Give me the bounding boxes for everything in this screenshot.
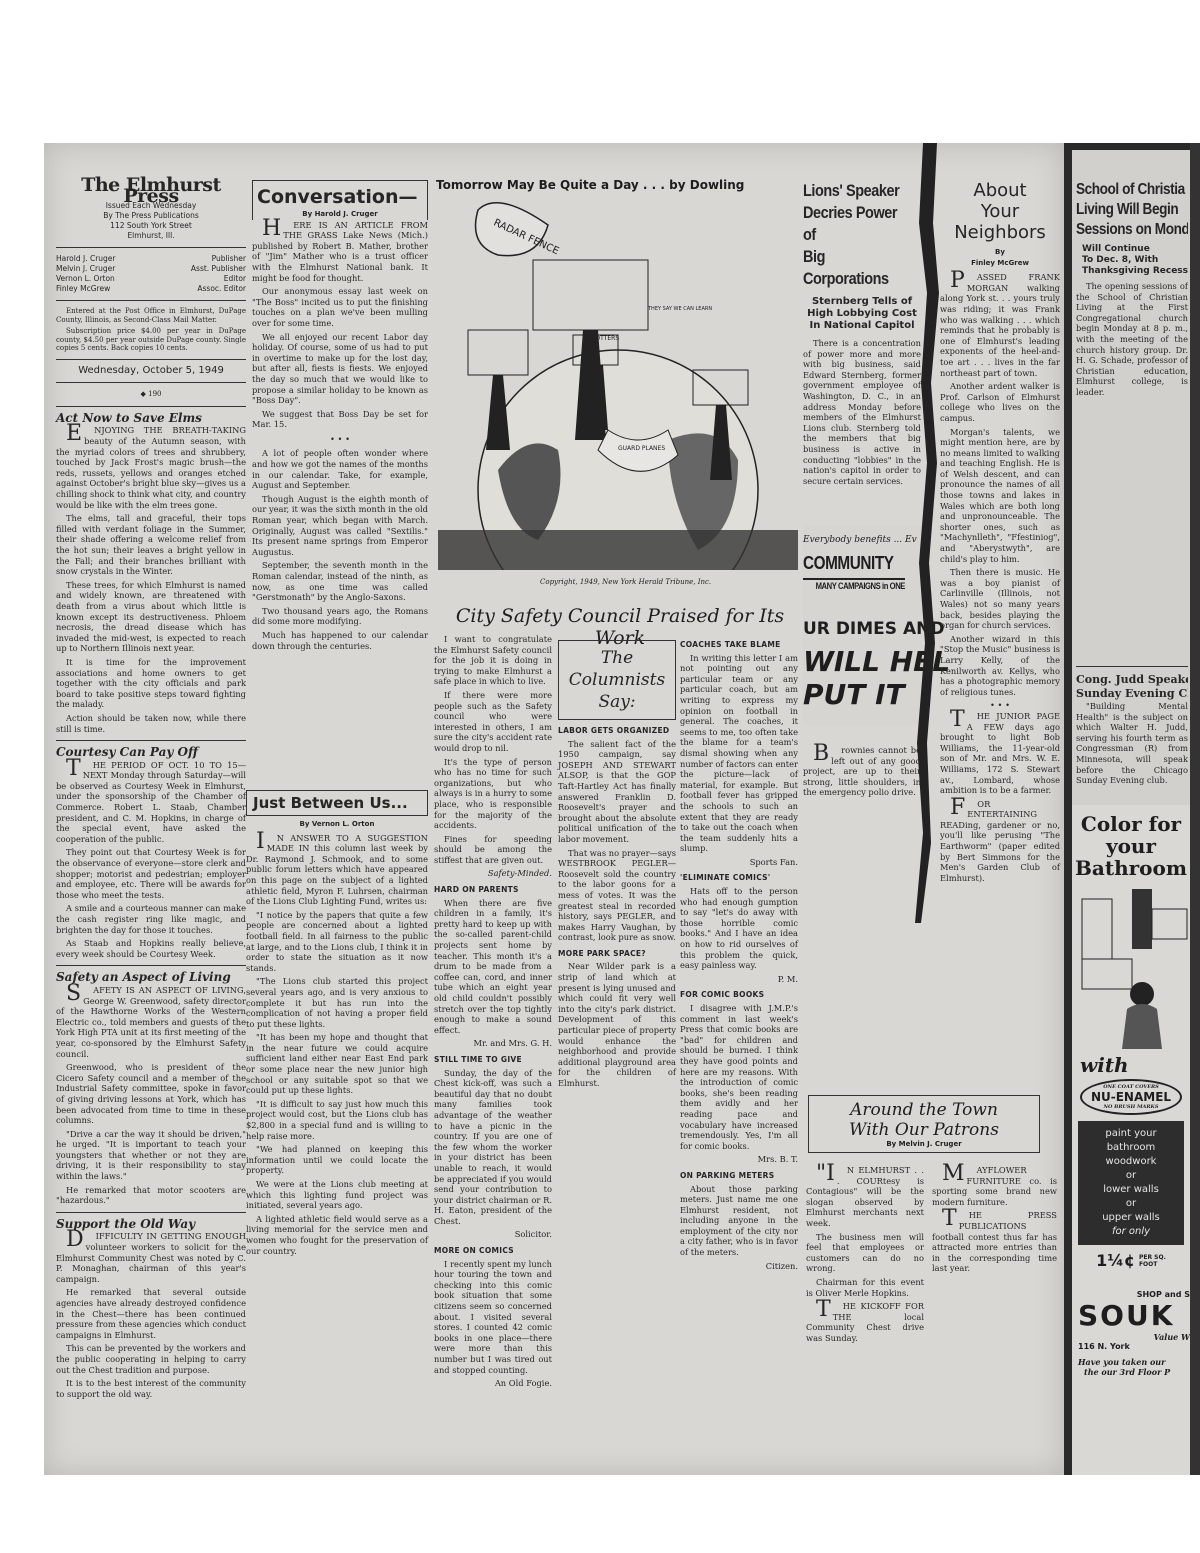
divider <box>56 300 246 301</box>
letter-paragraph: If there were more people such as the Sa… <box>434 690 552 754</box>
letters-column-right: COACHES TAKE BLAME In writing this lette… <box>680 634 798 1271</box>
svg-text:GUARD PLANES: GUARD PLANES <box>618 445 665 452</box>
lions-body: There is a concentration of power more a… <box>803 338 921 486</box>
just-between-us-paragraph: "I notice by the papers that quite a few… <box>246 910 428 974</box>
neighbors-paragraph: FOR ENTERTAINING READing, gardener or no… <box>940 799 1060 884</box>
ad-dimes-line: UR DIMES AND <box>803 619 923 639</box>
editorial-paragraph: It is time for the improvement associati… <box>56 657 246 710</box>
letter-signature: Citizen. <box>680 1261 798 1272</box>
just-between-us-paragraph: A lighted athletic field would serve as … <box>246 1214 428 1256</box>
just-between-us-paragraph: "It is difficult to say just how much th… <box>246 1099 428 1141</box>
letter-heading: HARD ON PARENTS <box>434 885 552 896</box>
headline-line: School of Christia <box>1076 180 1171 200</box>
subscription-note: Subscription price $4.00 per year in DuP… <box>56 327 246 353</box>
conversation-paragraph: September, the seventh month in the Roma… <box>252 560 428 602</box>
cartoon-copyright: Copyright, 1949, New York Herald Tribune… <box>540 578 711 586</box>
just-between-us-lead: IN ANSWER TO A SUGGESTION MADE IN this c… <box>246 833 428 907</box>
letter-signature: Mr. and Mrs. G. H. <box>434 1038 552 1049</box>
staff-row: Harold J. CrugerPublisher <box>56 254 246 264</box>
editorial-headline: Act Now to Save Elms <box>56 413 246 424</box>
columnist-heading: MORE PARK SPACE? <box>558 949 676 960</box>
pitch-line: upper walls <box>1080 1211 1182 1225</box>
ad-headline-line: your <box>1072 835 1190 857</box>
judd-headline: Cong. Judd Speaker, Sunday Evening Club <box>1076 673 1188 701</box>
lions-headline: Lions' Speaker Decries Power of Big Corp… <box>803 180 903 290</box>
neighbors-lead: PASSED FRANK MORGAN walking along York s… <box>940 272 1060 378</box>
unit-line: FOOT <box>1139 1261 1166 1268</box>
divider <box>1076 666 1188 667</box>
pitch-line: for only <box>1080 1225 1182 1239</box>
columnist-heading: LABOR GETS ORGANIZED <box>558 726 676 737</box>
just-between-us-paragraph: We were at the Lions club meeting at whi… <box>246 1179 428 1211</box>
pitch-line: paint your <box>1080 1127 1182 1141</box>
community-body: Brownies cannot be left out of any good … <box>803 745 921 801</box>
logo-brand: NU-ENAMEL <box>1082 1090 1180 1104</box>
subhead-line: Sternberg Tells of <box>803 296 921 308</box>
city-line: Elmhurst, Ill. <box>56 231 246 241</box>
masthead-publisher-info: Issued Each Wednesday By The Press Publi… <box>56 201 246 241</box>
ornament-number: 190 <box>148 390 161 398</box>
columnist-paragraph: That was no prayer—says WESTBROOK PEGLER… <box>558 848 676 943</box>
address-line: 112 South York Street <box>56 221 246 231</box>
letter-signature: Safety-Minded. <box>434 868 552 879</box>
editorial-headline: Safety an Aspect of Living <box>56 972 246 983</box>
radar-cartoon-illustration: RADAR FENCE GUARD PLANES THEY SAY WE CAN… <box>438 200 798 570</box>
columnists-title: Columnists <box>559 669 675 691</box>
editorial-lead: ENJOYING THE BREATH-TAKING beauty of the… <box>56 425 246 510</box>
neighbors-title: About Your Neighbors <box>940 180 1060 243</box>
letter-heading: ON PARKING METERS <box>680 1171 798 1182</box>
conversation-paragraph: A lot of people often wonder where and h… <box>252 448 428 490</box>
divider <box>56 359 246 360</box>
letter-signature: Solicitor. <box>434 1229 552 1240</box>
subhead-line: To Dec. 8, With <box>1082 255 1188 266</box>
letters-column-left: I want to congratulate the Elmhurst Safe… <box>434 634 552 1389</box>
ad-subline: MANY CAMPAIGNS in ONE <box>803 578 905 591</box>
letter-paragraph: In writing this letter I am not pointing… <box>680 653 798 854</box>
around-town-byline: By Melvin J. Cruger <box>809 1140 1039 1148</box>
editorial-column: The Elmhurst Press Issued Each Wednesday… <box>56 180 246 1402</box>
around-town-header: Around the Town With Our Patrons By Melv… <box>808 1095 1040 1153</box>
editorial-paragraph: Greenwood, who is president of the Cicer… <box>56 1062 246 1126</box>
conversation-byline: By Harold J. Cruger <box>257 209 423 220</box>
letter-signature: Sports Fan. <box>680 857 798 868</box>
just-between-us-header: Just Between Us... <box>246 790 428 816</box>
community-paragraph: Brownies cannot be left out of any good … <box>803 745 921 798</box>
ad-price: 1¼¢ PER SQ. FOOT <box>1072 1251 1190 1270</box>
svg-text:SPOTTERS: SPOTTERS <box>588 335 619 342</box>
letter-heading: 'ELIMINATE COMICS' <box>680 873 798 884</box>
just-between-us-paragraph: "The Lions club started this project sev… <box>246 976 428 1029</box>
svg-text:THEY SAY WE CAN LEARN: THEY SAY WE CAN LEARN <box>647 306 712 312</box>
editorial-paragraph: He remarked that several outside agencie… <box>56 1287 246 1340</box>
letter-paragraph: Sunday, the day of the Chest kick-off, w… <box>434 1068 552 1227</box>
staff-name: Harold J. Cruger <box>56 254 115 264</box>
byline-line: Finley McGrew <box>940 258 1060 269</box>
nu-enamel-logo: ONE COAT COVERS NU-ENAMEL NO BRUSH MARKS <box>1080 1079 1182 1115</box>
store-name: SOUK <box>1078 1299 1190 1332</box>
letter-paragraph: I disagree with J.M.P.'s comment in last… <box>680 1003 798 1151</box>
divider <box>56 1212 246 1213</box>
staff-row: Melvin J. CrugerAsst. Publisher <box>56 264 246 274</box>
just-between-us-paragraph: "It has been my hope and thought that in… <box>246 1032 428 1096</box>
community-chest-ad: Everybody benefits ... Ev COMMUNITY MANY… <box>803 525 923 725</box>
letter-signature: An Old Fogie. <box>434 1378 552 1389</box>
shop-line: SHOP and S <box>1072 1290 1190 1299</box>
letter-heading: FOR COMIC BOOKS <box>680 990 798 1001</box>
conversation-lead: HERE IS AN ARTICLE FROM THE GRASS Lake N… <box>252 220 428 284</box>
ad-headline: Color for your Bathroom <box>1072 813 1190 879</box>
headline-line: Sessions on Monda <box>1076 220 1171 240</box>
staff-list: Harold J. CrugerPublisher Melvin J. Crug… <box>56 254 246 294</box>
divider <box>56 740 246 741</box>
ad-community-word: COMMUNITY <box>803 553 905 574</box>
conversation-paragraph: Though August is the eighth month of our… <box>252 494 428 558</box>
ad-headline-line: Color for <box>1072 813 1190 835</box>
price-value: 1¼¢ <box>1096 1251 1135 1270</box>
letter-paragraph: I recently spent my lunch hour touring t… <box>434 1259 552 1376</box>
title-line: About <box>940 180 1060 201</box>
headline-line: Cong. Judd Speaker, <box>1076 673 1188 687</box>
ad-pitch-box: paint your bathroom woodwork or lower wa… <box>1078 1121 1184 1245</box>
letter-signature: P. M. <box>680 974 798 985</box>
conversation-header: Conversation— By Harold J. Cruger <box>252 180 428 220</box>
staff-role: Editor <box>224 274 246 284</box>
editorial-lead: THE PERIOD OF OCT. 10 TO 15—NEXT Monday … <box>56 760 246 845</box>
christian-headline: School of Christia Living Will Begin Ses… <box>1076 180 1171 240</box>
around-town-paragraph: MAYFLOWER FURNITURE co. is sporting some… <box>932 1165 1057 1207</box>
editorial-paragraph: They point out that Courtesy Week is for… <box>56 847 246 900</box>
staff-row: Finley McGrewAssoc. Editor <box>56 284 246 294</box>
headline-line: Sunday Evening Club <box>1076 687 1188 701</box>
editorial-paragraph: He remarked that motor scooters are "haz… <box>56 1185 246 1206</box>
neighbors-paragraph: Morgan's talents, we might mention here,… <box>940 427 1060 565</box>
conversation-column: Conversation— By Harold J. Cruger HERE I… <box>252 180 428 654</box>
price-unit: PER SQ. FOOT <box>1139 1254 1166 1268</box>
logo-bottom: NO BRUSH MARKS <box>1082 1104 1180 1110</box>
editorial-lead: SAFETY IS AN ASPECT OF LIVING, George W.… <box>56 985 246 1059</box>
subhead-line: Will Continue <box>1082 244 1188 255</box>
neighbors-paragraph: Then there is music. He was a boy pianis… <box>940 567 1060 631</box>
conversation-paragraph: Two thousand years ago, the Romans did s… <box>252 606 428 627</box>
entry-note: Entered at the Post Office in Elmhurst, … <box>56 307 246 324</box>
staff-role: Publisher <box>212 254 246 264</box>
ad-with: with <box>1080 1053 1190 1077</box>
ornament: ◆ 190 <box>56 389 246 400</box>
letter-heading: STILL TIME TO GIVE <box>434 1055 552 1066</box>
headline-line: Living Will Begin <box>1076 200 1171 220</box>
just-between-us-column: Just Between Us... By Vernon L. Orton IN… <box>246 790 428 1259</box>
letter-paragraph: Hats off to the person who had enough gu… <box>680 886 798 971</box>
page-edge <box>1190 143 1200 1475</box>
subhead-line: High Lobbying Cost <box>803 308 921 320</box>
conversation-paragraph: We all enjoyed our recent Labor day holi… <box>252 332 428 406</box>
issue-line: Issued Each Wednesday <box>56 201 246 211</box>
around-town-title: With Our Patrons <box>809 1120 1039 1140</box>
pitch-line: lower walls <box>1080 1183 1182 1197</box>
editorial-paragraph: "Drive a car the way it should be driven… <box>56 1129 246 1182</box>
letter-heading: COACHES TAKE BLAME <box>680 640 798 651</box>
letter-paragraph: I want to congratulate the Elmhurst Safe… <box>434 634 552 687</box>
letter-signature: Mrs. B. T. <box>680 1154 798 1165</box>
headline-line: Decries Power of <box>803 202 903 246</box>
columnists-title: The <box>559 647 675 669</box>
headline-line: Big Corporations <box>803 246 903 290</box>
title-line: Neighbors <box>940 222 1060 243</box>
neighbors-paragraph: THE JUNIOR PAGE A FEW days ago brought t… <box>940 711 1060 796</box>
around-town-paragraph: Chairman for this event is Oliver Merle … <box>806 1277 924 1298</box>
publisher-line: By The Press Publications <box>56 211 246 221</box>
staff-role: Asst. Publisher <box>191 264 246 274</box>
title-line: Your <box>940 201 1060 222</box>
pitch-line: or <box>1080 1169 1182 1183</box>
subhead-line: Thanksgiving Recess <box>1082 266 1188 277</box>
editorial-paragraph: It is to the best interest of the commun… <box>56 1378 246 1399</box>
letter-paragraph: It's the type of person who has no time … <box>434 757 552 831</box>
divider <box>56 382 246 383</box>
staff-name: Finley McGrew <box>56 284 110 294</box>
cartoon-title: Tomorrow May Be Quite a Day . . . by Dow… <box>436 178 802 192</box>
staff-name: Vernon L. Orton <box>56 274 115 284</box>
divider <box>56 247 246 248</box>
christian-living-article: School of Christia Living Will Begin Ses… <box>1076 180 1188 401</box>
letter-heading: MORE ON COMICS <box>434 1246 552 1257</box>
around-town-paragraph: The business men will feel that employee… <box>806 1232 924 1274</box>
subhead-line: In National Capitol <box>803 320 921 332</box>
lions-subhead: Sternberg Tells of High Lobbying Cost In… <box>803 296 921 332</box>
editorial-paragraph: The elms, tall and graceful, their tops … <box>56 513 246 577</box>
columnist-paragraph: The salient fact of the 1950 campaign, s… <box>558 739 676 845</box>
ad-headline-line: Bathroom <box>1072 857 1190 879</box>
around-town-paragraph: "IN ELMHURST . . . COURtesy is Contagiou… <box>806 1165 924 1229</box>
staff-role: Assoc. Editor <box>197 284 246 294</box>
lions-article: Lions' Speaker Decries Power of Big Corp… <box>803 180 921 489</box>
divider <box>56 406 246 407</box>
christian-subhead: Will Continue To Dec. 8, With Thanksgivi… <box>1082 244 1188 277</box>
staff-row: Vernon L. OrtonEditor <box>56 274 246 284</box>
store-footer: Have you taken our <box>1078 1357 1190 1367</box>
editorial-paragraph: Action should be taken now, while there … <box>56 713 246 734</box>
around-town-paragraph: THE PRESS PUBLICATIONS football contest … <box>932 1210 1057 1274</box>
editorial-paragraph: As Staab and Hopkins really believe, eve… <box>56 938 246 959</box>
around-town-right: MAYFLOWER FURNITURE co. is sporting some… <box>932 1165 1057 1277</box>
pitch-line: or <box>1080 1197 1182 1211</box>
conversation-title: Conversation— <box>257 185 423 209</box>
pitch-line: bathroom <box>1080 1141 1182 1155</box>
judd-article: Cong. Judd Speaker, Sunday Evening Club … <box>1076 660 1188 789</box>
ad-put-it: PUT IT <box>803 678 923 711</box>
neighbors-column: About Your Neighbors By Finley McGrew PA… <box>940 180 1060 886</box>
christian-body: The opening sessions of the School of Ch… <box>1076 281 1188 398</box>
just-between-us-byline: By Vernon L. Orton <box>246 819 428 830</box>
byline-line: By <box>940 247 1060 258</box>
editorial-paragraph: A smile and a courteous manner can make … <box>56 903 246 935</box>
store-footer-2: the our 3rd Floor P <box>1084 1367 1190 1377</box>
just-between-us-title: Just Between Us... <box>253 793 421 813</box>
letter-paragraph: About those parking meters. Just name me… <box>680 1184 798 1258</box>
judd-body: "Building Mental Health" is the subject … <box>1076 701 1188 786</box>
columnists-box: The Columnists Say: <box>558 640 676 720</box>
letter-paragraph: Fines for speeding should be among the s… <box>434 834 552 866</box>
letter-paragraph: When there are five children in a family… <box>434 898 552 1036</box>
editorial-headline: Courtesy Can Pay Off <box>56 747 246 758</box>
unit-line: PER SQ. <box>1139 1254 1166 1261</box>
conversation-paragraph: Much has happened to our calendar down t… <box>252 630 428 651</box>
editorial-paragraph: This can be prevented by the workers and… <box>56 1343 246 1375</box>
section-dots: • • • <box>252 434 428 445</box>
columnist-paragraph: Near Wilder park is a strip of land whic… <box>558 961 676 1088</box>
divider <box>56 965 246 966</box>
editorial-headline: Support the Old Way <box>56 1219 246 1230</box>
around-town-title: Around the Town <box>809 1100 1039 1120</box>
around-town-left: "IN ELMHURST . . . COURtesy is Contagiou… <box>806 1165 924 1347</box>
headline-line: Lions' Speaker <box>803 180 903 202</box>
conversation-paragraph: We suggest that Boss Day be set for Mar.… <box>252 409 428 430</box>
nu-enamel-ad: Color for your Bathroom with ONE COAT CO… <box>1072 805 1190 1475</box>
conversation-paragraph: Our anonymous essay last week on "The Bo… <box>252 286 428 328</box>
neighbors-byline: By Finley McGrew <box>940 247 1060 268</box>
store-tagline: Value W <box>1072 1332 1190 1342</box>
around-town-paragraph: THE KICKOFF FOR THE local Community Ches… <box>806 1301 924 1343</box>
neighbors-paragraph: Another wizard in this "Stop the Music" … <box>940 634 1060 698</box>
just-between-us-paragraph: "We had planned on keeping this informat… <box>246 1144 428 1176</box>
neighbors-paragraph: Another ardent walker is Prof. Carlson o… <box>940 381 1060 423</box>
columnists-column: The Columnists Say: LABOR GETS ORGANIZED… <box>558 640 676 1092</box>
masthead-title: The Elmhurst Press <box>56 180 246 201</box>
store-address: 116 N. York <box>1078 1342 1190 1351</box>
ad-will-help: WILL HEL <box>803 645 923 678</box>
bathroom-illustration <box>1072 879 1190 1049</box>
columnists-title: Say: <box>559 691 675 713</box>
staff-name: Melvin J. Cruger <box>56 264 115 274</box>
editorial-paragraph: These trees, for which Elmhurst is named… <box>56 580 246 654</box>
ad-tagline: Everybody benefits ... Ev <box>803 535 923 545</box>
pitch-line: woodwork <box>1080 1155 1182 1169</box>
editorial-lead: DIFFICULTY IN GETTING ENOUGH volunteer w… <box>56 1231 246 1284</box>
issue-date: Wednesday, October 5, 1949 <box>56 366 246 377</box>
